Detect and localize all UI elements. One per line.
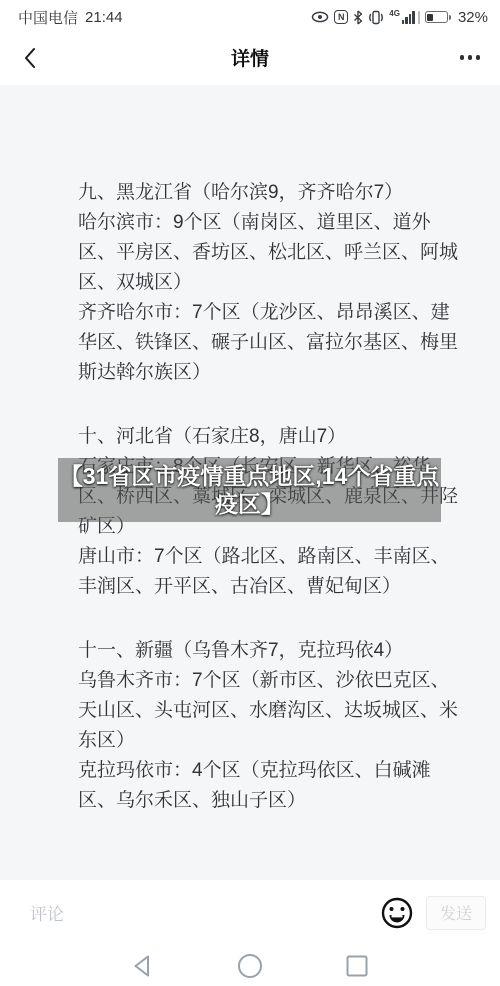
status-bar: 中国电信 21:44 N 4G 32 <box>0 0 500 30</box>
comment-bar: 评论 发送 <box>0 880 500 945</box>
system-nav-bar <box>0 945 500 986</box>
home-circle-icon[interactable] <box>236 952 264 980</box>
battery-icon <box>425 11 451 23</box>
city-line: 齐齐哈尔市：7个区（龙沙区、昂昂溪区、建华区、铁锋区、碾子山区、富拉尔基区、梅里… <box>78 298 462 388</box>
page-title: 详情 <box>0 44 500 71</box>
battery-percent-label: 32% <box>458 9 488 26</box>
comment-input[interactable]: 评论 <box>30 900 380 925</box>
vibrate-icon <box>368 10 384 25</box>
signal-4g-label: 4G <box>389 10 400 17</box>
back-triangle-icon[interactable] <box>130 953 156 979</box>
watermark-line2: 疫区】 <box>215 490 284 518</box>
city-line: 唐山市：7个区（路北区、路南区、丰南区、丰润区、开平区、古冶区、曹妃甸区） <box>78 542 462 602</box>
watermark-overlay: 【31省区市疫情重点地区,14个省重点 疫区】 <box>58 458 441 522</box>
section-heilongjiang: 九、黑龙江省（哈尔滨9，齐齐哈尔7） 哈尔滨市：9个区（南岗区、道里区、道外区、… <box>78 178 462 388</box>
section-heading: 九、黑龙江省（哈尔滨9，齐齐哈尔7） <box>78 178 462 208</box>
city-line: 克拉玛依市：4个区（克拉玛依区、白碱滩区、乌尔禾区、独山子区） <box>78 756 462 816</box>
city-line: 乌鲁木齐市：7个区（新市区、沙依巴克区、天山区、头屯河区、水磨沟区、达坂城区、米… <box>78 666 462 756</box>
signal-4g-icon: 4G <box>389 10 420 24</box>
section-xinjiang: 十一、新疆（乌鲁木齐7，克拉玛依4） 乌鲁木齐市：7个区（新市区、沙依巴克区、天… <box>78 636 462 816</box>
city-line: 哈尔滨市：9个区（南岗区、道里区、道外区、平房区、香坊区、松北区、呼兰区、阿城区… <box>78 208 462 298</box>
recents-square-icon[interactable] <box>344 953 370 979</box>
bluetooth-icon <box>353 10 363 25</box>
nfc-icon: N <box>334 10 348 24</box>
emoji-icon[interactable] <box>380 896 414 930</box>
eye-protection-icon <box>311 10 329 24</box>
send-button[interactable]: 发送 <box>426 896 486 930</box>
nav-bar: 详情 <box>0 30 500 85</box>
watermark-line1: 【31省区市疫情重点地区,14个省重点 <box>60 462 440 490</box>
carrier-label: 中国电信 <box>18 7 78 28</box>
section-heading: 十一、新疆（乌鲁木齐7，克拉玛依4） <box>78 636 462 666</box>
section-heading: 十、河北省（石家庄8，唐山7） <box>78 422 462 452</box>
clock-label: 21:44 <box>85 9 123 26</box>
